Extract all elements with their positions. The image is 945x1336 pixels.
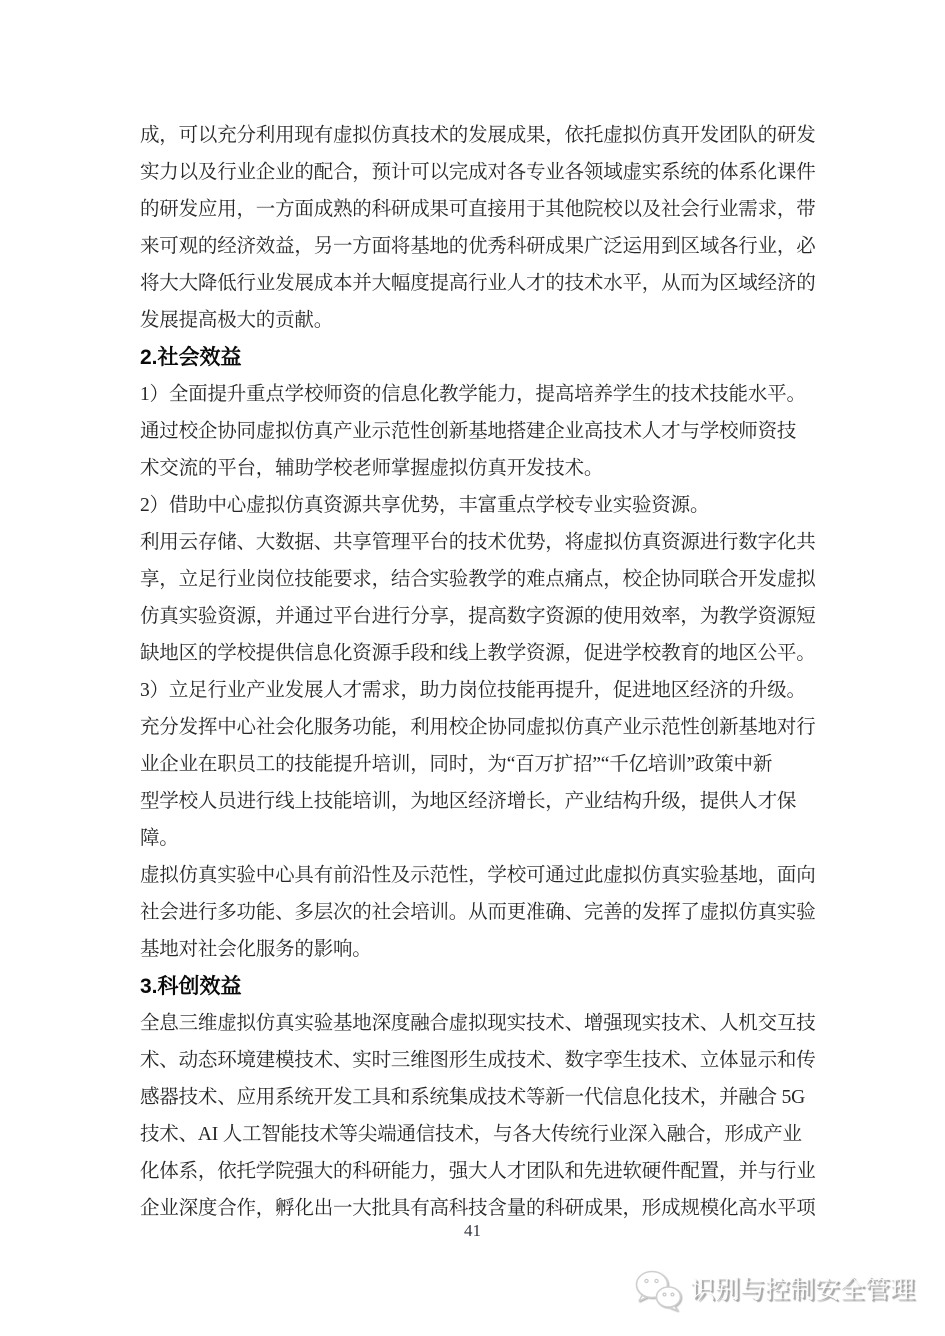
heading-social-benefits: 2.社会效益 <box>140 339 818 376</box>
paragraph-scitech-detail: 全息三维虚拟仿真实验基地深度融合虚拟现实技术、增强现实技术、人机交互技 术、动态… <box>140 1005 818 1227</box>
document-content: 成，可以充分利用现有虚拟仿真技术的发展成果，依托虚拟仿真开发团队的研发 实力以及… <box>140 117 818 1227</box>
page-number: 41 <box>0 1219 945 1243</box>
paragraph-point-1-teacher-training: 1）全面提升重点学校师资的信息化教学能力，提高培养学生的技术技能水平。 通过校企… <box>140 376 818 487</box>
paragraph-point-3-industry-talent: 3）立足行业产业发展人才需求，助力岗位技能再提升，促进地区经济的升级。 <box>140 672 818 709</box>
heading-scitech-benefits: 3.科创效益 <box>140 968 818 1005</box>
paragraph-cloud-platform-detail: 利用云存储、大数据、共享管理平台的技术优势，将虚拟仿真资源进行数字化共 享，立足… <box>140 524 818 672</box>
watermark-label: 识别与控制安全管理 <box>690 1270 915 1310</box>
wechat-watermark: 识别与控制安全管理 <box>633 1268 915 1312</box>
wechat-icon <box>633 1268 683 1312</box>
paragraph-social-service-detail: 充分发挥中心社会化服务功能，利用校企协同虚拟仿真产业示范性创新基地对行 业企业在… <box>140 709 818 968</box>
paragraph-economic-benefit-continuation: 成，可以充分利用现有虚拟仿真技术的发展成果，依托虚拟仿真开发团队的研发 实力以及… <box>140 117 818 339</box>
paragraph-point-2-resource-sharing: 2）借助中心虚拟仿真资源共享优势，丰富重点学校专业实验资源。 <box>140 487 818 524</box>
document-page: 成，可以充分利用现有虚拟仿真技术的发展成果，依托虚拟仿真开发团队的研发 实力以及… <box>0 0 945 1336</box>
